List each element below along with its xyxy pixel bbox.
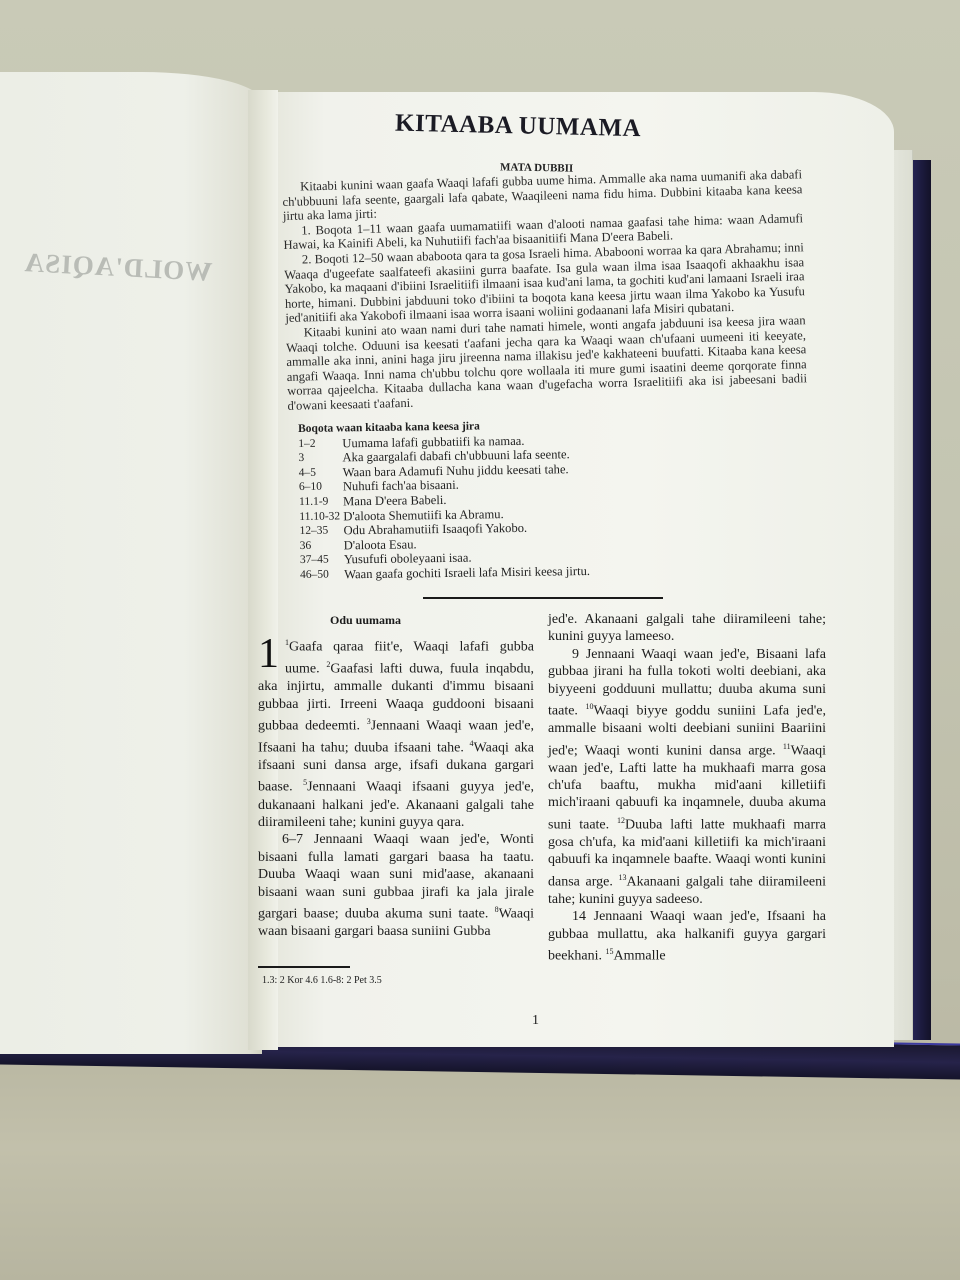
toc-ref: 11.10-32 — [299, 509, 343, 524]
book-title: KITAABA UUMAMA — [395, 110, 696, 145]
verse-number: 9 — [572, 647, 579, 662]
toc-text: Waan gaafa gochiti Israeli lafa Misiri k… — [344, 564, 590, 582]
introduction: Kitaabi kunini waan gaafa Waaqi lafafi g… — [282, 167, 808, 413]
table-of-contents: Boqota waan kitaaba kana keesa jira 1–2U… — [298, 416, 720, 582]
verse-text: jed'e. Akanaani galgali tahe diiramileen… — [548, 612, 826, 644]
verse-number: 11 — [783, 742, 791, 751]
toc-text: Mana D'eera Babeli. — [343, 493, 447, 509]
footnote-rule — [258, 966, 350, 968]
intro-paragraph: 2. Boqoti 12–50 waan ababoota qara ta go… — [284, 240, 806, 326]
verse-text: Jennaani Waaqi waan jed'e, Ifsaani ha gu… — [548, 909, 826, 963]
verse-number: 14 — [572, 909, 586, 924]
section-heading: Odu uumama — [330, 613, 401, 628]
toc-text: Nuhufi fach'aa bisaani. — [343, 478, 459, 494]
toc-ref: 4–5 — [299, 465, 343, 480]
toc-ref: 3 — [298, 451, 342, 466]
page-content: KITAABA UUMAMA MATA DUBBII Kitaabi kunin… — [0, 0, 960, 1280]
text-column-right: jed'e. Akanaani galgali tahe diiramileen… — [548, 611, 826, 965]
toc-ref: 11.1-9 — [299, 494, 343, 509]
section-divider — [423, 597, 663, 599]
footnote-references: 1.3: 2 Kor 4.6 1.6-8: 2 Pet 3.5 — [262, 975, 382, 986]
chapter-number: 1 — [258, 636, 279, 672]
toc-ref: 46–50 — [300, 567, 344, 582]
toc-ref: 12–35 — [299, 524, 343, 539]
verse-number: 6–7 — [282, 832, 303, 847]
verse-number: 15 — [606, 947, 614, 956]
toc-ref: 6–10 — [299, 480, 343, 495]
toc-ref: 37–45 — [300, 553, 344, 568]
verse-text: Ammalle — [614, 949, 666, 964]
text-column-left: 1 1Gaafa qaraa fiit'e, Waaqi lafafi gubb… — [258, 634, 534, 940]
toc-text: Odu Abrahamutiifi Isaaqofi Yakobo. — [343, 521, 527, 538]
toc-ref: 1–2 — [298, 436, 342, 451]
verse-number: 10 — [586, 702, 594, 711]
verse-number: 12 — [617, 816, 625, 825]
toc-ref: 36 — [300, 538, 344, 553]
verse-text: Jennaani Waaqi ifsaani guyya jed'e, duka… — [258, 780, 534, 830]
toc-text: D'aloota Esau. — [344, 537, 417, 553]
intro-paragraph: Kitaabi kunini ato waan nami duri tahe n… — [286, 313, 808, 413]
page-number: 1 — [532, 1013, 539, 1029]
